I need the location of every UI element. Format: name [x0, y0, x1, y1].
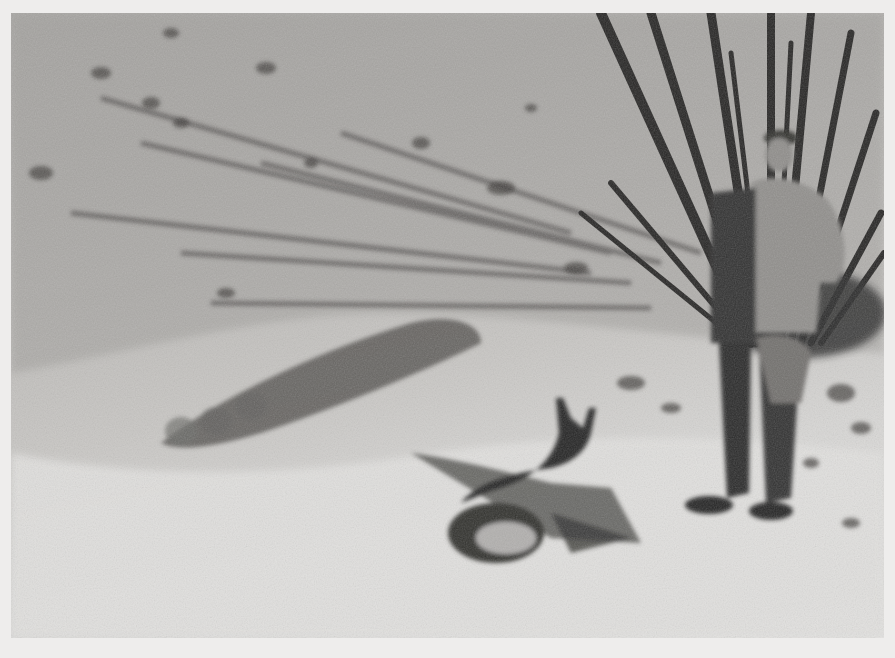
film-grain [11, 13, 884, 638]
photo-scene [11, 13, 884, 638]
photograph [11, 13, 884, 638]
photo-print-border [0, 0, 895, 658]
